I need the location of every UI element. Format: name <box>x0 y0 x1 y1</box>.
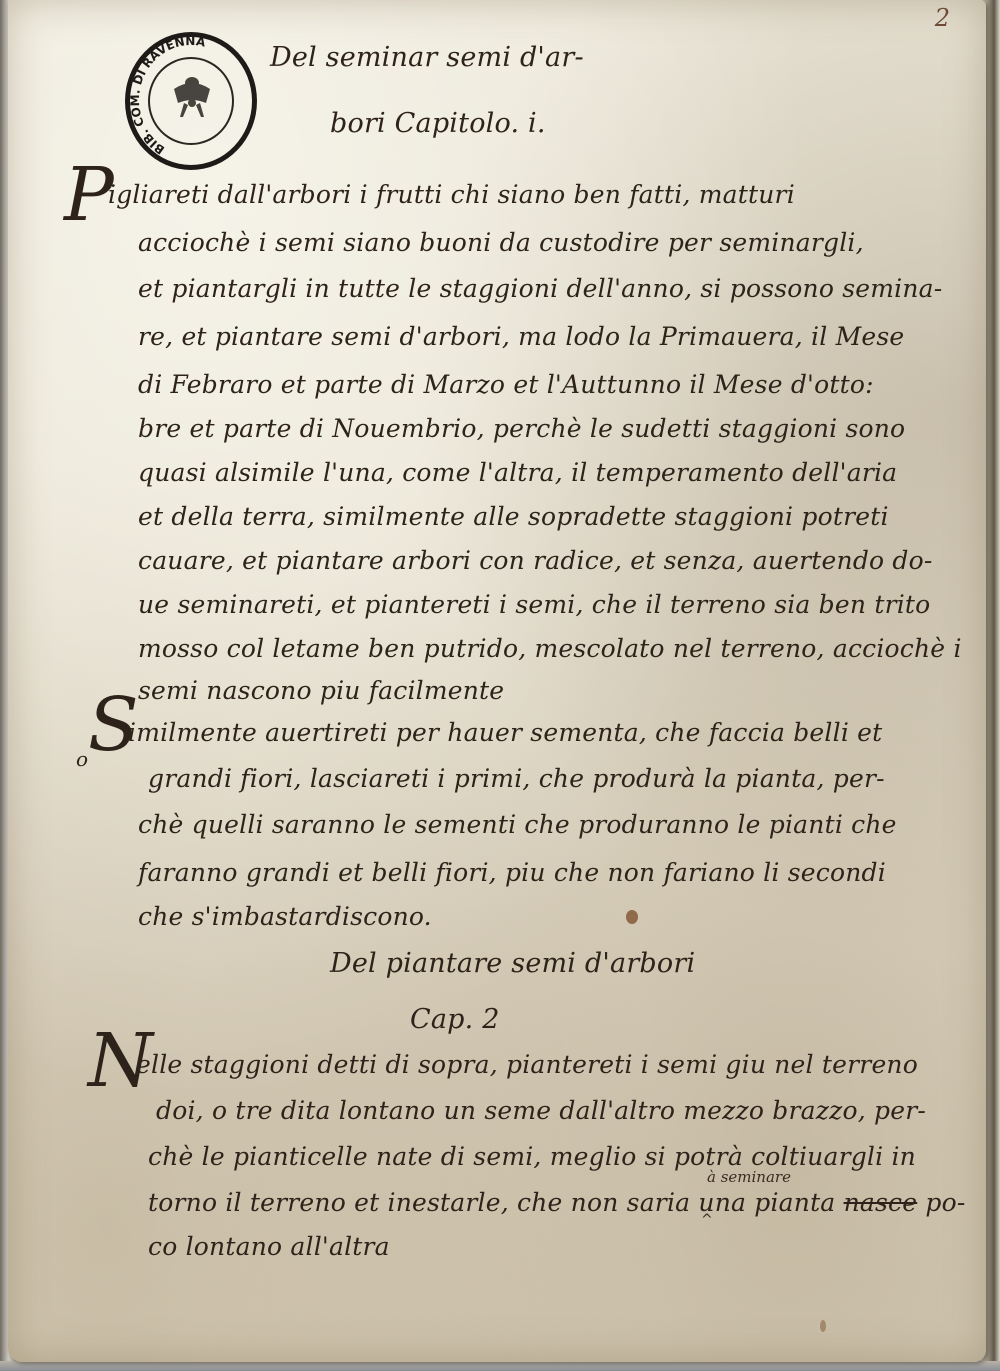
ink-stain <box>820 1320 826 1332</box>
text-line: acciochè i semi siano buoni da custodire… <box>138 228 864 257</box>
text-line: doi, o tre dita lontano un seme dall'alt… <box>156 1096 926 1125</box>
text-line: imilmente auertireti per hauer sementa, … <box>128 718 882 747</box>
text-line: co lontano all'altra <box>148 1232 390 1261</box>
text-line: et piantargli in tutte le staggioni dell… <box>138 274 942 303</box>
drop-initial-p: P <box>64 158 114 232</box>
text-line: chè le pianticelle nate di semi, meglio … <box>148 1142 916 1171</box>
text-line: torno il terreno et inestarle, che non s… <box>148 1188 965 1217</box>
text-line: chè quelli saranno le sementi che produr… <box>138 810 897 839</box>
library-stamp: BIB. COM. DI RAVENNA <box>125 32 257 170</box>
text-line: igliareti dall'arbori i frutti chi siano… <box>108 180 795 209</box>
text-line: grandi fiori, lasciareti i primi, che pr… <box>148 764 885 793</box>
margin-mark: o <box>76 747 88 771</box>
page-edge-bottom <box>0 1361 1000 1371</box>
text-line: semi nascono piu facilmente <box>138 676 504 705</box>
chapter1-heading-line2: bori Capitolo. i. <box>330 108 546 139</box>
text-line: cauare, et piantare arbori con radice, e… <box>138 546 933 575</box>
text-line: elle staggioni detti di sopra, pianteret… <box>136 1050 918 1079</box>
text-line: bre et parte di Nouembrio, perchè le sud… <box>138 414 905 443</box>
text-line: che s'imbastardiscono. <box>138 902 432 931</box>
text-line: mosso col letame ben putrido, mescolato … <box>138 634 962 663</box>
text-segment: po- <box>917 1188 965 1217</box>
chapter2-heading-line1: Del piantare semi d'arbori <box>330 948 695 979</box>
text-segment: torno il terreno et inestarle, che non s… <box>148 1188 698 1217</box>
chapter1-heading-line1: Del seminar semi d'ar- <box>270 42 584 73</box>
interlinear-insertion: à seminare <box>707 1168 791 1186</box>
manuscript-page: BIB. COM. DI RAVENNA 2 Del seminar semi … <box>8 0 986 1362</box>
ink-stain <box>626 910 638 924</box>
text-line: quasi alsimile l'una, come l'altra, il t… <box>138 458 897 487</box>
page-number: 2 <box>935 4 950 32</box>
struck-text: nasce <box>844 1188 918 1217</box>
text-line: faranno grandi et belli fiori, piu che n… <box>138 858 886 887</box>
chapter2-heading-line2: Cap. 2 <box>410 1004 500 1035</box>
eagle-crest-icon <box>170 73 214 121</box>
text-line: re, et piantare semi d'arbori, ma lodo l… <box>138 322 904 351</box>
text-line: et della terra, similmente alle sopradet… <box>138 502 889 531</box>
text-line: ue seminareti, et piantereti i semi, che… <box>138 590 930 619</box>
text-line: di Febraro et parte di Marzo et l'Auttun… <box>138 370 874 399</box>
text-segment: una pianta <box>698 1188 843 1217</box>
